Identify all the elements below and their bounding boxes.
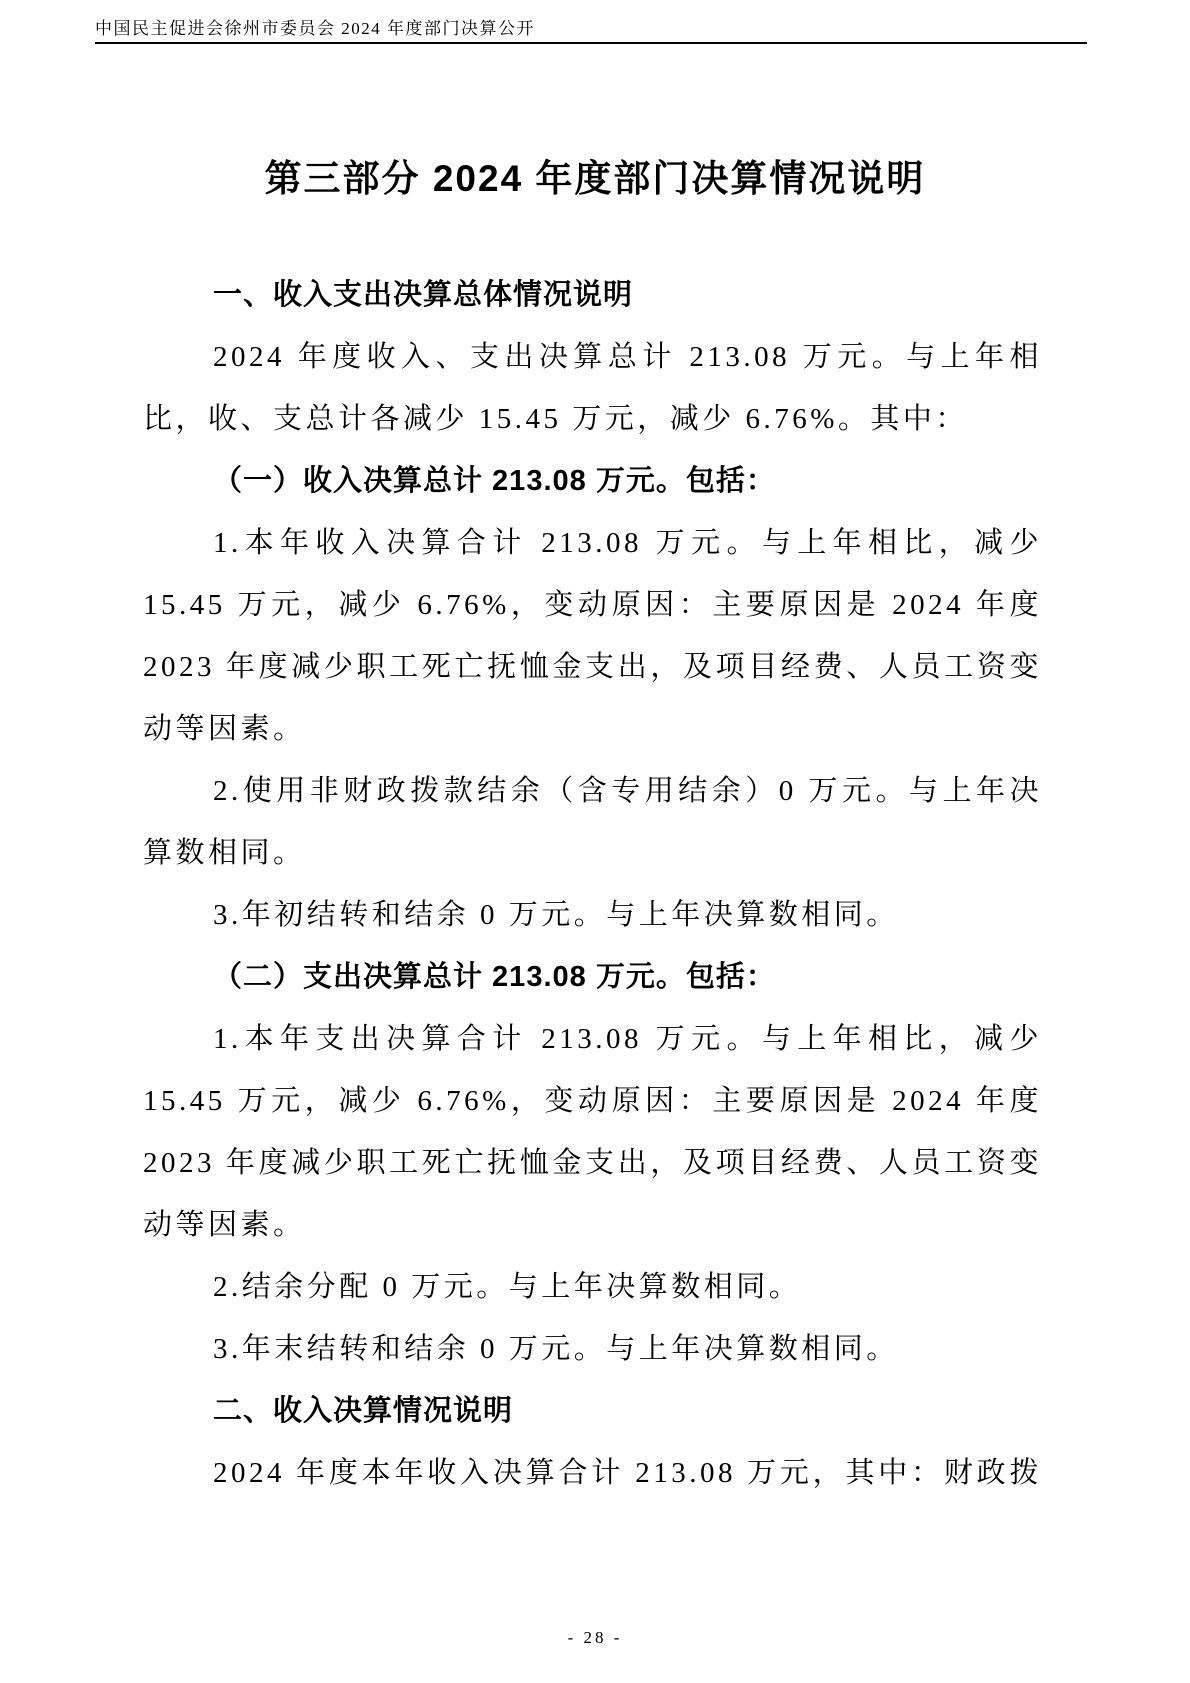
paragraph-line: 比，收、支总计各减少 15.45 万元，减少 6.76%。其中：: [143, 388, 1042, 450]
paragraph-line: 1.本年支出决算合计 213.08 万元。与上年相比，减少: [143, 1008, 1042, 1070]
document-page: 中国民主促进会徐州市委员会 2024 年度部门决算公开 第三部分 2024 年度…: [0, 0, 1190, 1683]
subsection-heading-line: （二）支出决算总计 213.08 万元。包括：: [143, 946, 1042, 1008]
document-title: 第三部分 2024 年度部门决算情况说明: [145, 148, 1045, 202]
paragraph-line: 15.45 万元，减少 6.76%，变动原因：主要原因是 2024 年度较: [143, 1070, 1042, 1132]
document-header-text: 中国民主促进会徐州市委员会 2024 年度部门决算公开: [95, 14, 535, 39]
subsection-heading-line: （一）收入决算总计 213.08 万元。包括：: [143, 450, 1042, 512]
paragraph-line: 1.本年收入决算合计 213.08 万元。与上年相比，减少: [143, 512, 1042, 574]
page-number: - 28 -: [0, 1628, 1190, 1648]
section-heading-line: 一、收入支出决算总体情况说明: [143, 264, 1042, 326]
paragraph-line: 2.结余分配 0 万元。与上年决算数相同。: [143, 1256, 1042, 1318]
paragraph-line: 3.年初结转和结余 0 万元。与上年决算数相同。: [143, 884, 1042, 946]
paragraph-line: 3.年末结转和结余 0 万元。与上年决算数相同。: [143, 1318, 1042, 1380]
paragraph-line: 动等因素。: [143, 698, 1042, 760]
paragraph-line: 算数相同。: [143, 822, 1042, 884]
document-body: 一、收入支出决算总体情况说明 2024 年度收入、支出决算总计 213.08 万…: [143, 264, 1042, 1504]
paragraph-line: 2024 年度收入、支出决算总计 213.08 万元。与上年相: [143, 326, 1042, 388]
section-heading-line: 二、收入决算情况说明: [143, 1380, 1042, 1442]
header-rule: [95, 42, 1087, 44]
paragraph-line: 2023 年度减少职工死亡抚恤金支出，及项目经费、人员工资变: [143, 636, 1042, 698]
paragraph-line: 动等因素。: [143, 1194, 1042, 1256]
paragraph-line: 15.45 万元，减少 6.76%，变动原因：主要原因是 2024 年度较: [143, 574, 1042, 636]
paragraph-line: 2024 年度本年收入决算合计 213.08 万元，其中：财政拨: [143, 1442, 1042, 1504]
paragraph-line: 2.使用非财政拨款结余（含专用结余）0 万元。与上年决: [143, 760, 1042, 822]
paragraph-line: 2023 年度减少职工死亡抚恤金支出，及项目经费、人员工资变: [143, 1132, 1042, 1194]
